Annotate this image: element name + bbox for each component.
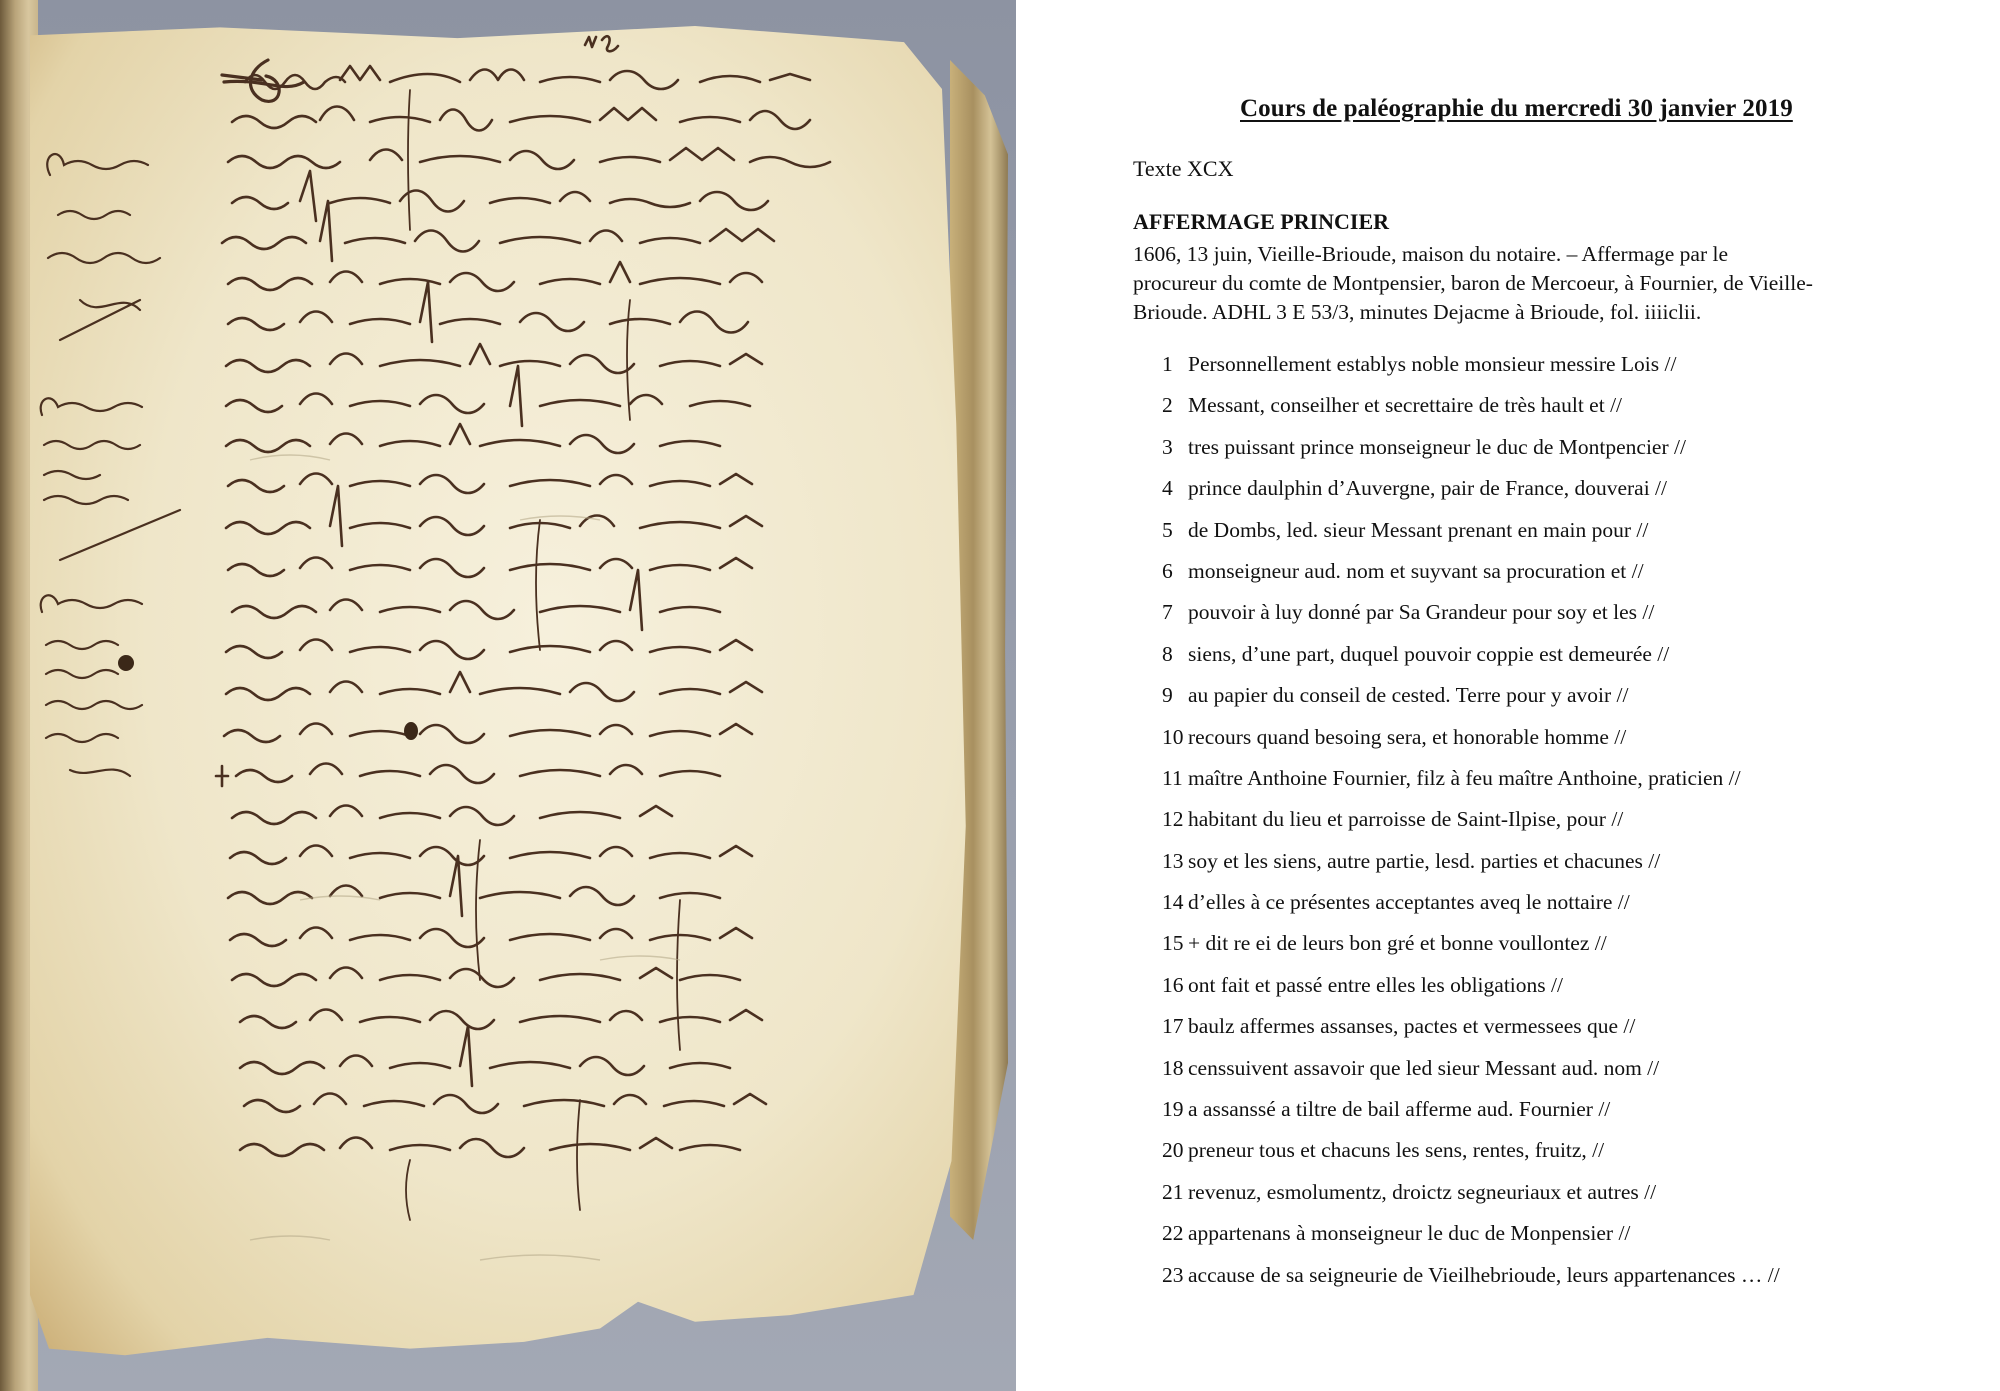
transcription-line: 10recours quand besoing sera, et honorab…	[1162, 725, 1780, 766]
line-text: habitant du lieu et parroisse de Saint-I…	[1188, 807, 1623, 848]
summary-line: procureur du comte de Montpensier, baron…	[1133, 271, 1813, 295]
transcription-line: 19a assanssé a tiltre de bail afferme au…	[1162, 1097, 1780, 1138]
transcription-lines: 1Personnellement establys noble monsieur…	[1162, 352, 1780, 1304]
transcription-line: 23accause de sa seigneurie de Vieilhebri…	[1162, 1263, 1780, 1304]
transcription-line: 8siens, d’une part, duquel pouvoir coppi…	[1162, 642, 1780, 683]
line-number: 18	[1162, 1056, 1186, 1097]
line-text: de Dombs, led. sieur Messant prenant en …	[1188, 518, 1648, 559]
transcription-line: 1Personnellement establys noble monsieur…	[1162, 352, 1780, 393]
line-text: a assanssé a tiltre de bail afferme aud.…	[1188, 1097, 1610, 1138]
line-text: tres puissant prince monseigneur le duc …	[1188, 435, 1686, 476]
transcription-line: 9au papier du conseil de cested. Terre p…	[1162, 683, 1780, 724]
line-text: accause de sa seigneurie de Vieilhebriou…	[1188, 1263, 1780, 1304]
transcription-line: 2Messant, conseilher et secrettaire de t…	[1162, 393, 1780, 434]
line-number: 15	[1162, 931, 1186, 972]
line-number: 16	[1162, 973, 1186, 1014]
line-number: 14	[1162, 890, 1186, 931]
document-heading: AFFERMAGE PRINCIER	[1133, 209, 1389, 235]
transcription-line: 21revenuz, esmolumentz, droictz segneuri…	[1162, 1180, 1780, 1221]
line-number: 6	[1162, 559, 1176, 600]
summary-line: Brioude. ADHL 3 E 53/3, minutes Dejacme …	[1133, 300, 1701, 324]
line-number: 5	[1162, 518, 1176, 559]
line-text: Personnellement establys noble monsieur …	[1188, 352, 1676, 393]
line-text: soy et les siens, autre partie, lesd. pa…	[1188, 849, 1660, 890]
line-text: maître Anthoine Fournier, filz à feu maî…	[1188, 766, 1741, 807]
line-text: recours quand besoing sera, et honorable…	[1188, 725, 1626, 766]
transcription-line: 18censsuivent assavoir que led sieur Mes…	[1162, 1056, 1780, 1097]
line-number: 11	[1162, 766, 1186, 807]
line-number: 13	[1162, 849, 1186, 890]
ink-blot	[118, 655, 134, 671]
line-text: appartenans à monseigneur le duc de Monp…	[1188, 1221, 1630, 1262]
transcription-line: 16ont fait et passé entre elles les obli…	[1162, 973, 1780, 1014]
line-text: censsuivent assavoir que led sieur Messa…	[1188, 1056, 1659, 1097]
transcription-line: 17baulz affermes assanses, pactes et ver…	[1162, 1014, 1780, 1055]
transcription-line: 4prince daulphin d’Auvergne, pair de Fra…	[1162, 476, 1780, 517]
line-text: pouvoir à luy donné par Sa Grandeur pour…	[1188, 600, 1654, 641]
line-number: 9	[1162, 683, 1176, 724]
line-text: monseigneur aud. nom et suyvant sa procu…	[1188, 559, 1644, 600]
line-number: 3	[1162, 435, 1176, 476]
line-number: 17	[1162, 1014, 1186, 1055]
document-summary: 1606, 13 juin, Vieille-Brioude, maison d…	[1133, 240, 1983, 327]
line-text: siens, d’une part, duquel pouvoir coppie…	[1188, 642, 1669, 683]
course-title: Cours de paléographie du mercredi 30 jan…	[1240, 95, 1793, 123]
line-number: 2	[1162, 393, 1176, 434]
line-number: 21	[1162, 1180, 1186, 1221]
transcription-line: 6monseigneur aud. nom et suyvant sa proc…	[1162, 559, 1780, 600]
line-number: 1	[1162, 352, 1176, 393]
line-text: revenuz, esmolumentz, droictz segneuriau…	[1188, 1180, 1656, 1221]
line-text: baulz affermes assanses, pactes et verme…	[1188, 1014, 1635, 1055]
line-text: + dit re ei de leurs bon gré et bonne vo…	[1188, 931, 1607, 972]
ink-blot	[404, 722, 418, 740]
line-text: d’elles à ce présentes acceptantes aveq …	[1188, 890, 1630, 931]
line-text: ont fait et passé entre elles les obliga…	[1188, 973, 1563, 1014]
summary-line: 1606, 13 juin, Vieille-Brioude, maison d…	[1133, 242, 1728, 266]
line-text: preneur tous et chacuns les sens, rentes…	[1188, 1138, 1604, 1179]
line-number: 22	[1162, 1221, 1186, 1262]
line-number: 20	[1162, 1138, 1186, 1179]
line-text: au papier du conseil de cested. Terre po…	[1188, 683, 1628, 724]
transcription-line: 11maître Anthoine Fournier, filz à feu m…	[1162, 766, 1780, 807]
transcription-line: 22appartenans à monseigneur le duc de Mo…	[1162, 1221, 1780, 1262]
line-number: 23	[1162, 1263, 1186, 1304]
transcription-line: 5de Dombs, led. sieur Messant prenant en…	[1162, 518, 1780, 559]
line-text: prince daulphin d’Auvergne, pair de Fran…	[1188, 476, 1667, 517]
transcription-line: 13soy et les siens, autre partie, lesd. …	[1162, 849, 1780, 890]
transcription-line: 3tres puissant prince monseigneur le duc…	[1162, 435, 1780, 476]
transcription-line: 7pouvoir à luy donné par Sa Grandeur pou…	[1162, 600, 1780, 641]
text-id: Texte XCX	[1133, 156, 1234, 182]
transcription-line: 20preneur tous et chacuns les sens, rent…	[1162, 1138, 1780, 1179]
line-text: Messant, conseilher et secrettaire de tr…	[1188, 393, 1622, 434]
manuscript-photo: iiiiclii	[0, 0, 1016, 1391]
line-number: 7	[1162, 600, 1176, 641]
transcription-line: 15+ dit re ei de leurs bon gré et bonne …	[1162, 931, 1780, 972]
handwriting-ink	[0, 0, 1016, 1391]
line-number: 19	[1162, 1097, 1186, 1138]
line-number: 10	[1162, 725, 1186, 766]
transcription-panel: Cours de paléographie du mercredi 30 jan…	[1016, 0, 2000, 1391]
transcription-line: 14d’elles à ce présentes acceptantes ave…	[1162, 890, 1780, 931]
line-number: 4	[1162, 476, 1176, 517]
line-number: 12	[1162, 807, 1186, 848]
line-number: 8	[1162, 642, 1176, 683]
transcription-line: 12habitant du lieu et parroisse de Saint…	[1162, 807, 1780, 848]
